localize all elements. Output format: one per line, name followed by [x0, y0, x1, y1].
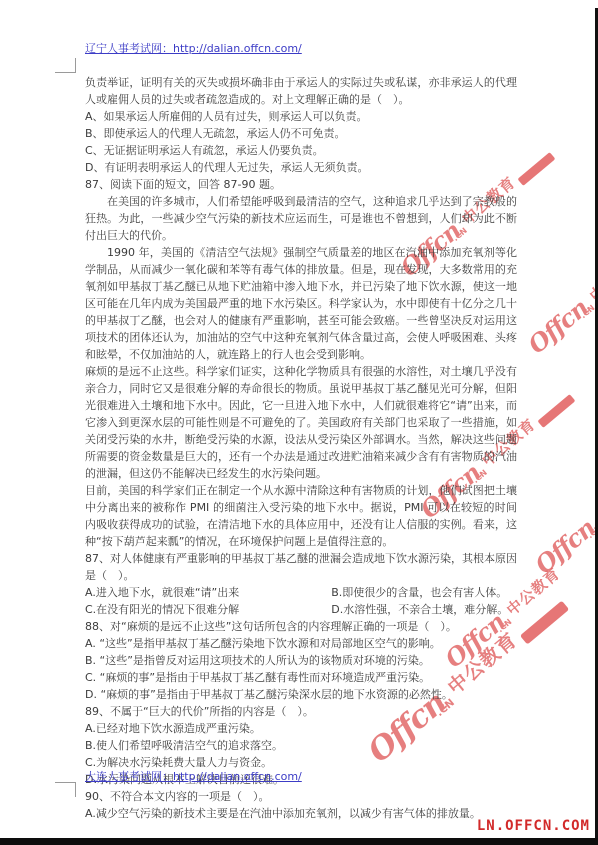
q87-options-row: A.进入地下水，就很难“请”出来 B.即使很少的含量，也会有害人体。 — [85, 584, 517, 601]
watermark-slogan-pill — [520, 600, 569, 644]
footer-bar — [0, 838, 598, 845]
q88-option-b: B. “这些”是指曾反对运用这项技术的人所认为的该物质对环境的污染。 — [85, 652, 517, 669]
watermark-slogan-pill — [518, 152, 556, 186]
offcn-logo-icon: Offcn — [529, 513, 598, 579]
q88-stem: 88、对“麻烦的是远不止这些”这句话所包含的内容理解正确的一项是（ ）。 — [85, 618, 517, 635]
text-boundary-corner-mark — [55, 782, 76, 797]
top-site-link[interactable]: 辽宁人事考试网：http://dalian.offcn.com/ — [85, 40, 302, 56]
lead-question-text: 负责举证，证明有关的灭失或损坏确非由于承运人的实际过失或私谋，亦非承运人的代理人… — [85, 74, 517, 108]
q88-option-c: C. “麻烦的事”是指由于甲基叔丁基乙醚有毒性而对环境造成严重污染。 — [85, 669, 517, 686]
passage-paragraph: 麻烦的是远不止这些。科学家们证实，这种化学物质具有很强的水溶性，对土壤几乎没有亲… — [85, 363, 517, 482]
passage-heading: 87、阅读下面的短文，回答 87-90 题。 — [85, 176, 517, 193]
offcn-watermark: Offcn.CN 中公教育 — [529, 466, 598, 580]
q88-option-d: D. “麻烦的事”是指由于甲基叔丁基乙醚污染深水层的地下水资源的必然性。 — [85, 686, 517, 703]
q87-option-d: D.水溶性强，不亲合土壤，难分解。 — [331, 601, 517, 618]
bottom-site-link-url: http://dalian.offcn.com/ — [173, 770, 302, 783]
document-body: 负责举证，证明有关的灭失或损坏确非由于承运人的实际过失或私谋，亦非承运人的代理人… — [85, 74, 517, 822]
bottom-site-link[interactable]: 大连人事考试网：http://dalian.offcn.com/ — [85, 768, 302, 784]
passage-paragraph: 目前，美国的科学家们正在制定一个从水源中清除这种有害物质的计划，他们试图把土壤中… — [85, 482, 517, 550]
text-boundary-corner-mark — [55, 58, 76, 73]
q89-option-b: B.使人们希望呼吸清洁空气的追求落空。 — [85, 737, 517, 754]
q87-stem: 87、对人体健康有严重影响的甲基叔丁基乙醚的泄漏会造成地下饮水源污染，其根本原因… — [85, 550, 517, 584]
watermark-slogan-pill — [538, 394, 576, 428]
lead-option-a: A、如果承运人所雇佣的人员有过失，则承运人可以负责。 — [85, 108, 517, 125]
q89-stem: 89、不属于“巨大的代价”所指的内容是（ ）。 — [85, 703, 517, 720]
q90-option-a: A.减少空气污染的新技术主要是在汽油中添加充氧剂，以减少有害气体的排放量。 — [85, 805, 517, 822]
lead-option-b: B、即使承运人的代理人无疏忽，承运人仍不可免责。 — [85, 125, 517, 142]
q87-option-b: B.即使很少的含量，也会有害人体。 — [331, 584, 517, 601]
bottom-site-link-label: 大连人事考试网： — [85, 770, 173, 783]
offcn-watermark: Offcn.CN 中公教育 — [522, 246, 598, 360]
document-page: 辽宁人事考试网：http://dalian.offcn.com/ Offcn.C… — [0, 0, 598, 845]
offcn-logo-icon: Offcn — [522, 293, 593, 359]
q87-option-c: C.在没有阳光的情况下很难分解 — [85, 601, 331, 618]
q87-options-row: C.在没有阳光的情况下很难分解 D.水溶性强，不亲合土壤，难分解。 — [85, 601, 517, 618]
q90-stem: 90、不符合本文内容的一项是（ ）。 — [85, 788, 517, 805]
top-site-link-label: 辽宁人事考试网： — [85, 42, 173, 55]
top-site-link-url: http://dalian.offcn.com/ — [173, 42, 302, 55]
offcn-cn-label: .CN — [579, 303, 597, 320]
lead-option-c: C、无证据证明承运人有疏忽，承运人仍要负责。 — [85, 142, 517, 159]
passage-paragraph: 1990 年，美国的《清洁空气法规》强制空气质量差的地区在汽油中添加充氧剂等化学… — [85, 244, 517, 363]
q87-option-a: A.进入地下水，就很难“请”出来 — [85, 584, 331, 601]
footer-site-text: LN.OFFCN.COM — [477, 818, 590, 834]
lead-option-d: D、有证明表明承运人的代理人无过失，承运人无须负责。 — [85, 159, 517, 176]
passage-paragraph: 在美国的许多城市，人们希望能呼吸到最清洁的空气，这种追求几乎达到了宗教般的狂热。… — [85, 193, 517, 244]
q89-option-a: A.已经对地下饮水源造成严重污染。 — [85, 720, 517, 737]
q88-option-a: A. “这些”是指甲基叔丁基乙醚污染地下饮水源和对局部地区空气的影响。 — [85, 635, 517, 652]
